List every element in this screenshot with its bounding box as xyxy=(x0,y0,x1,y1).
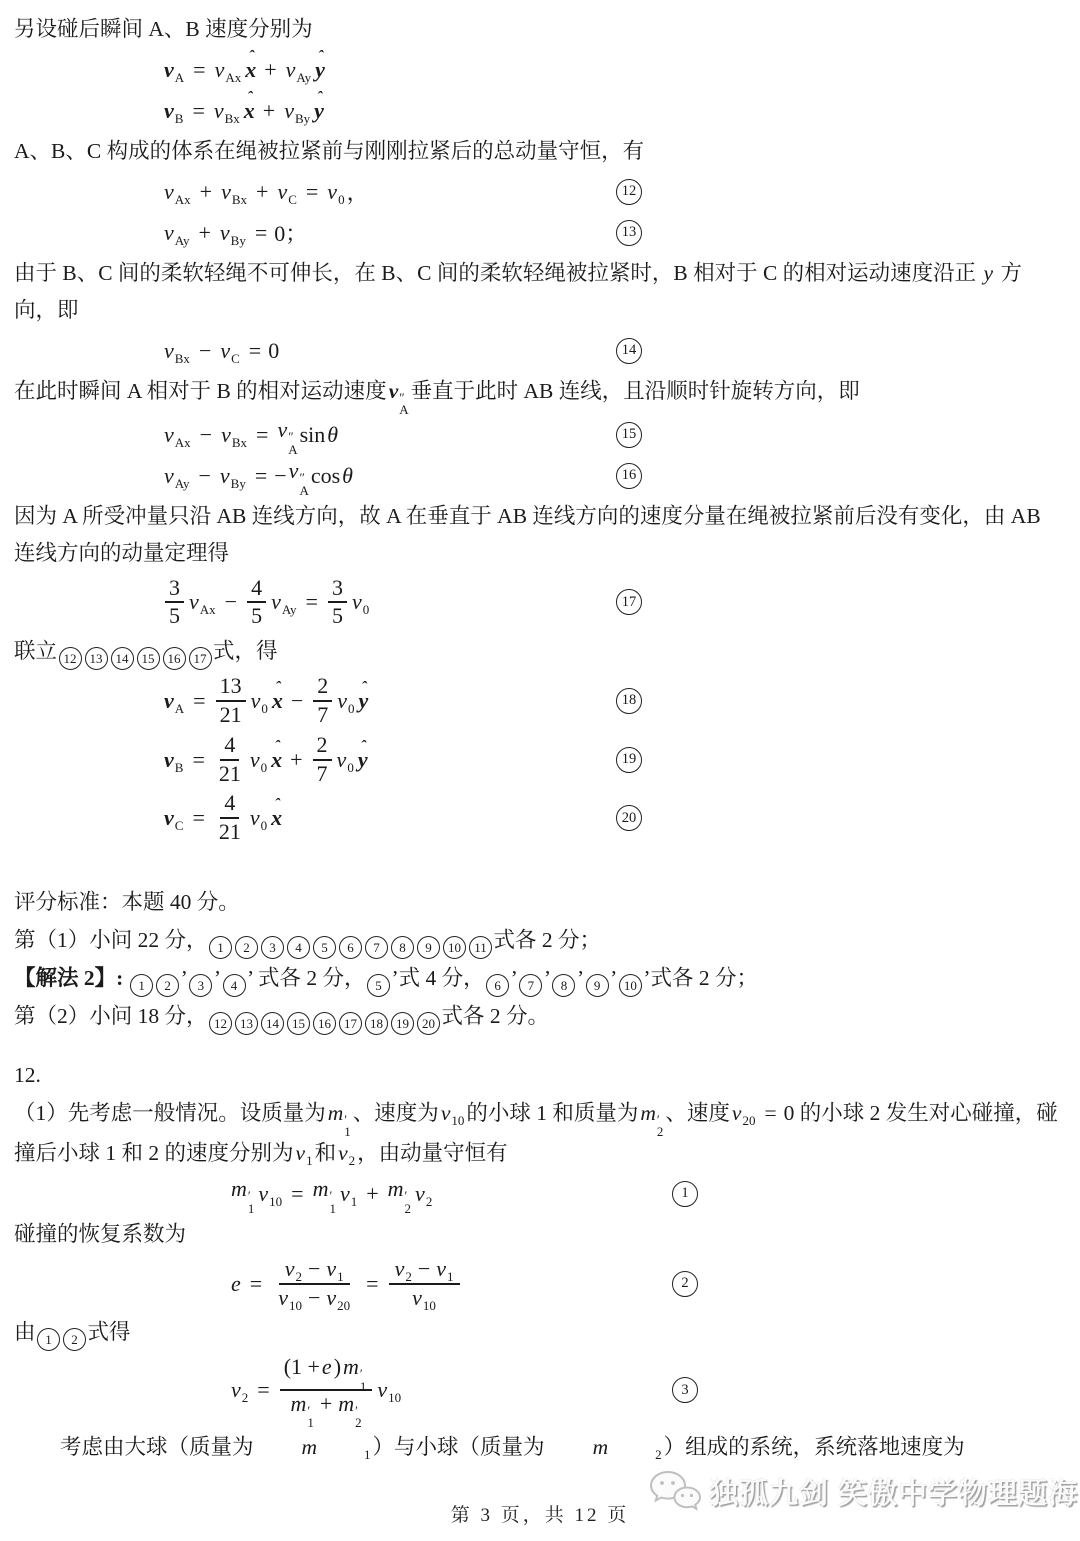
para-12-setup: （1）先考虑一般情况。设质量为m′1、速度为v10的小球 1 和质量为m′2、速… xyxy=(14,1095,1064,1172)
para-rope-bc-inextensible: 由于 B、C 间的柔软轻绳不可伸长，在 B、C 间的柔软轻绳被拉紧时，B 相对于… xyxy=(14,255,1064,329)
circled-number: 10 xyxy=(619,974,642,997)
para-scoring-method2: 【解法 2】: 12’3’4’ 式各 2 分，5’式 4 分，6’7’8’9’1… xyxy=(14,960,1064,997)
circled-number: 1 xyxy=(209,936,232,959)
circled-number: 1 xyxy=(37,1328,60,1351)
circled-number: 15 xyxy=(137,647,160,670)
eq-s12-2: e=v2−v1v10−v20=v2−v1v102 xyxy=(14,1256,1064,1312)
para-relative-velocity-ab: 在此时瞬间 A 相对于 B 的相对运动速度v″A垂直于此时 AB 连线，且沿顺时… xyxy=(14,373,1064,413)
circled-number: 6 xyxy=(486,974,509,997)
circled-number: 19 xyxy=(391,1012,414,1035)
eq-vA-definition: vA=vAxˆx+vAyˆy xyxy=(14,51,1064,89)
circled-number: 2 xyxy=(235,936,258,959)
circled-number: 18 xyxy=(365,1012,388,1035)
equation-tag: 13 xyxy=(616,220,642,246)
para-momentum-conservation-abc: A、B、C 构成的体系在绳被拉紧前与刚刚拉紧后的总动量守恒，有 xyxy=(14,133,1064,170)
equation-tag: 3 xyxy=(672,1377,698,1403)
circled-number: 7 xyxy=(365,936,388,959)
circled-number: 11 xyxy=(469,936,492,959)
circled-number: 13 xyxy=(235,1012,258,1035)
circled-number: 10 xyxy=(443,936,466,959)
circled-number: 9 xyxy=(417,936,440,959)
circled-number: 20 xyxy=(417,1012,440,1035)
hat-vector: ˆx xyxy=(245,57,256,83)
equation-tag: 1 xyxy=(672,1181,698,1207)
circled-number: 4 xyxy=(287,936,310,959)
hat-vector: ˆx xyxy=(244,98,255,124)
equation-tag: 15 xyxy=(616,422,642,448)
circled-number: 14 xyxy=(261,1012,284,1035)
eq-12: vAx+vBx+vC=v0，12 xyxy=(14,173,1064,211)
para-post-collision-velocities: 另设碰后瞬间 A、B 速度分别为 xyxy=(14,11,1064,48)
physics-solution-page: 另设碰后瞬间 A、B 速度分别为vA=vAxˆx+vAyˆyvB=vBxˆx+v… xyxy=(0,0,1080,1541)
circled-number: 9 xyxy=(586,974,609,997)
para-problem12-number: 12. xyxy=(14,1057,1064,1094)
circled-number: 5 xyxy=(367,974,390,997)
hat-vector: ˆy xyxy=(315,57,325,83)
equation-tag: 16 xyxy=(616,463,642,489)
para-scoring-title: 评分标准：本题 40 分。 xyxy=(14,884,1064,921)
para-system-landing-speed: 考虑由大球（质量为m1）与小球（质量为m2）组成的系统，系统落地速度为 xyxy=(14,1429,1064,1466)
circled-number: 8 xyxy=(391,936,414,959)
para-scoring-part2: 第（2）小问 18 分，121314151617181920式各 2 分。 xyxy=(14,998,1064,1035)
eq-vB-definition: vB=vBxˆx+vByˆy xyxy=(14,92,1064,130)
circled-number: 16 xyxy=(313,1012,336,1035)
circled-number: 6 xyxy=(339,936,362,959)
circled-number: 4 xyxy=(223,974,246,997)
hat-vector: ˆx xyxy=(271,747,282,773)
circled-number: 12 xyxy=(209,1012,232,1035)
hat-vector: ˆx xyxy=(271,805,282,831)
para-combine-equations: 联立121314151617式，得 xyxy=(14,633,1064,670)
equation-tag: 14 xyxy=(616,338,642,364)
eq-19: vB=421v0ˆx+27v0ˆy19 xyxy=(14,732,1064,788)
hat-vector: ˆy xyxy=(358,747,368,773)
para-from-eq1-eq2: 由12式得 xyxy=(14,1314,1064,1351)
para-scoring-part1: 第（1）小问 22 分，1234567891011式各 2 分； xyxy=(14,922,1064,959)
hat-vector: ˆy xyxy=(359,688,369,714)
equation-tag: 20 xyxy=(616,805,642,831)
hat-vector: ˆy xyxy=(314,98,324,124)
circled-number: 5 xyxy=(313,936,336,959)
equation-tag: 19 xyxy=(616,747,642,773)
circled-number: 17 xyxy=(339,1012,362,1035)
circled-number: 8 xyxy=(552,974,575,997)
circled-number: 17 xyxy=(189,647,212,670)
equation-tag: 18 xyxy=(616,688,642,714)
eq-17: 35vAx−45vAy=35v017 xyxy=(14,575,1064,631)
eq-14: vBx−vC=014 xyxy=(14,332,1064,370)
eq-16: vAy−vBy=−v″A cos θ16 xyxy=(14,457,1064,495)
circled-number: 7 xyxy=(519,974,542,997)
circled-number: 15 xyxy=(287,1012,310,1035)
eq-13: vAy+vBy=0；13 xyxy=(14,214,1064,252)
eq-s12-1: m′1v10=m′1v1+m′2v21 xyxy=(14,1175,1064,1213)
para-restitution-intro: 碰撞的恢复系数为 xyxy=(14,1216,1064,1253)
circled-number: 2 xyxy=(63,1328,86,1351)
equation-tag: 2 xyxy=(672,1271,698,1297)
circled-number: 14 xyxy=(111,647,134,670)
circled-number: 2 xyxy=(156,974,179,997)
para-impulse-along-ab: 因为 A 所受冲量只沿 AB 连线方向，故 A 在垂直于 AB 连线方向的速度分… xyxy=(14,498,1064,572)
circled-number: 13 xyxy=(85,647,108,670)
circled-number: 16 xyxy=(163,647,186,670)
eq-18: vA=1321v0ˆx−27v0ˆy18 xyxy=(14,673,1064,729)
eq-20: vC=421v0ˆx20 xyxy=(14,790,1064,846)
equation-tag: 12 xyxy=(616,179,642,205)
page-footer: 第 3 页，共 12 页 xyxy=(0,1500,1080,1527)
eq-s12-3: v2=(1 + e)m′1m′1+m′2v103 xyxy=(14,1354,1064,1425)
hat-vector: ˆx xyxy=(272,688,283,714)
document-content: 另设碰后瞬间 A、B 速度分别为vA=vAxˆx+vAyˆyvB=vBxˆx+v… xyxy=(14,11,1064,1466)
circled-number: 3 xyxy=(261,936,284,959)
eq-15: vAx−vBx=v″A sin θ15 xyxy=(14,416,1064,454)
circled-number: 12 xyxy=(59,647,82,670)
circled-number: 1 xyxy=(130,974,153,997)
equation-tag: 17 xyxy=(616,589,642,615)
circled-number: 3 xyxy=(189,974,212,997)
